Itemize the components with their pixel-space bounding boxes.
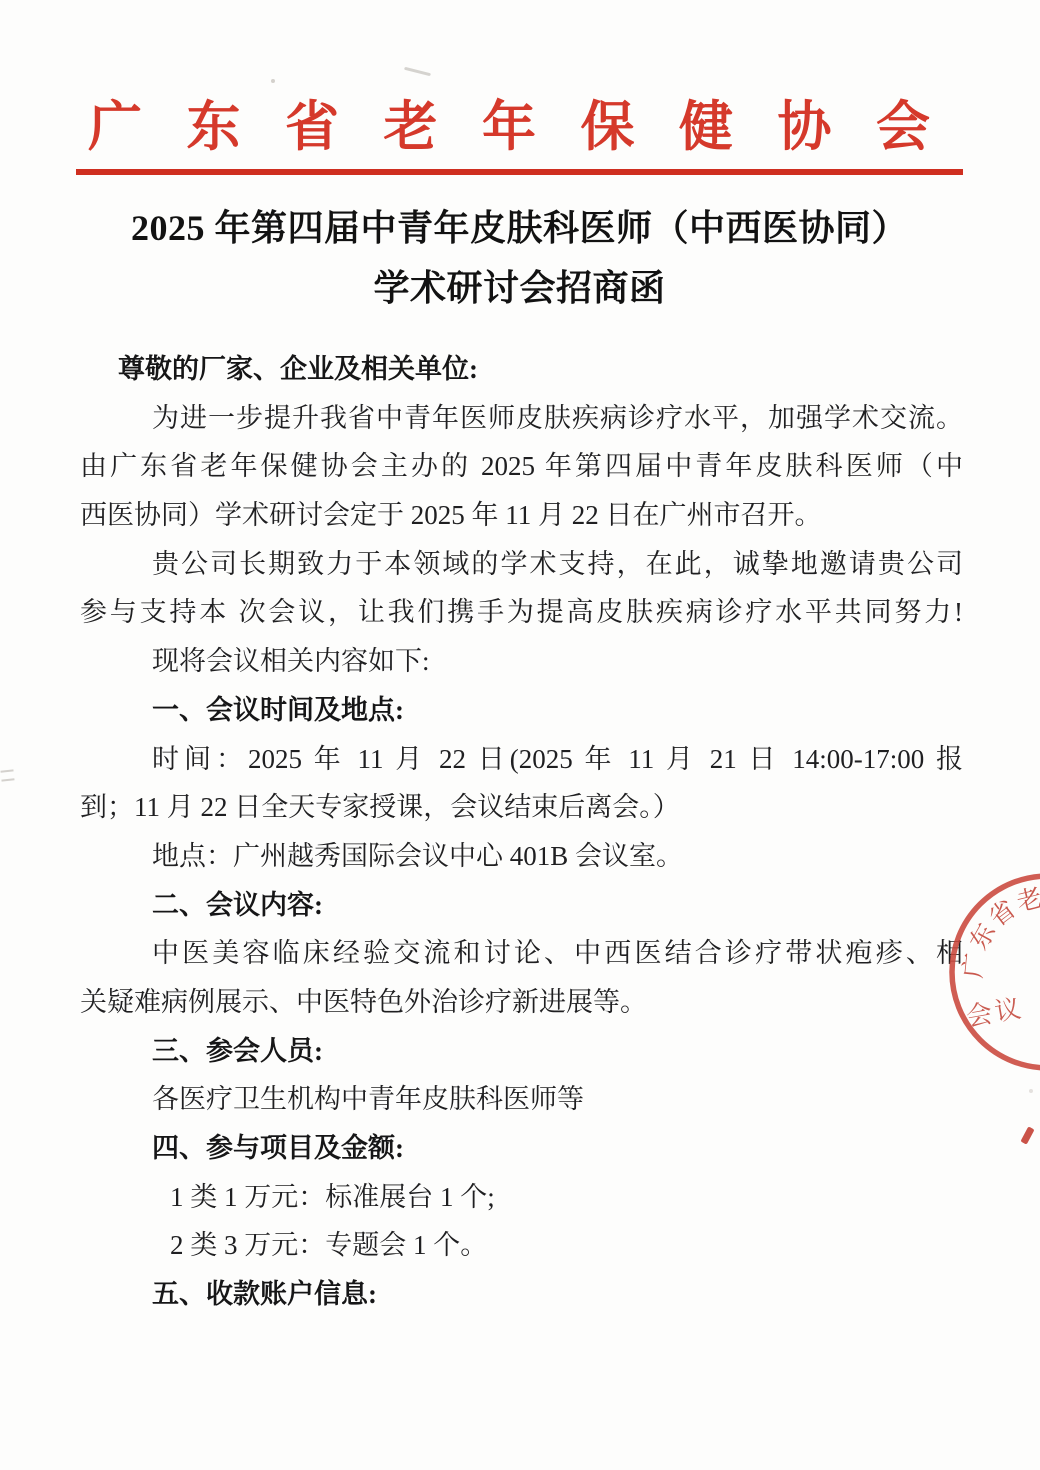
doc-heading-5: 五、收款账户信息: bbox=[80, 1270, 963, 1319]
doc-line: 到；11 月 22 日全天专家授课，会议结束后离会。） bbox=[80, 783, 963, 832]
doc-line: 地点：广州越秀国际会议中心 401B 会议室。 bbox=[80, 832, 963, 881]
scan-speck bbox=[404, 67, 431, 76]
scan-speck bbox=[271, 79, 275, 83]
doc-line: 现将会议相关内容如下: bbox=[80, 637, 963, 686]
doc-title-line-1: 2025 年第四届中青年皮肤科医师（中西医协同） bbox=[76, 198, 963, 258]
doc-body: 尊敬的厂家、企业及相关单位: 为进一步提升我省中青年医师皮肤疾病诊疗水平，加强学… bbox=[80, 345, 963, 1319]
stamp-arc-text: 广东省老 bbox=[959, 883, 1040, 979]
doc-heading-1: 一、会议时间及地点: bbox=[80, 686, 963, 735]
doc-line: 由广东省老年保健协会主办的 2025 年第四届中青年皮肤科医师（中 bbox=[80, 442, 963, 491]
scan-speck bbox=[1029, 1089, 1033, 1093]
doc-line: 西医协同）学术研讨会定于 2025 年 11 月 22 日在广州市召开。 bbox=[80, 491, 963, 540]
doc-line: 为进一步提升我省中青年医师皮肤疾病诊疗水平，加强学术交流。 bbox=[80, 394, 963, 443]
official-stamp: 广东省老 会议 bbox=[940, 864, 1040, 1080]
doc-line: 参与支持本 次会议，让我们携手为提高皮肤疾病诊疗水平共同努力! bbox=[80, 588, 963, 637]
doc-heading-4: 四、参与项目及金额: bbox=[80, 1124, 963, 1173]
doc-line: 1 类 1 万元：标准展台 1 个; bbox=[80, 1173, 963, 1222]
doc-line: 2 类 3 万元：专题会 1 个。 bbox=[80, 1221, 963, 1270]
letterhead-rule bbox=[76, 169, 963, 175]
doc-line-salutation: 尊敬的厂家、企业及相关单位: bbox=[80, 345, 963, 394]
doc-title-line-2: 学术研讨会招商函 bbox=[76, 258, 963, 318]
red-ink-mark bbox=[1020, 1126, 1034, 1144]
doc-title: 2025 年第四届中青年皮肤科医师（中西医协同） 学术研讨会招商函 bbox=[76, 198, 963, 318]
stamp-center-text: 会议 bbox=[964, 993, 1026, 1032]
doc-line: 贵公司长期致力于本领域的学术支持，在此，诚挚地邀请贵公司 bbox=[80, 540, 963, 589]
doc-line: 时间：2025 年 11 月 22 日(2025 年 11 月 21 日 14:… bbox=[80, 735, 963, 784]
association-name: 广 东 省 老 年 保 健 协 会 bbox=[88, 96, 930, 158]
doc-heading-2: 二、会议内容: bbox=[80, 881, 963, 930]
doc-line: 各医疗卫生机构中青年皮肤科医师等 bbox=[80, 1075, 963, 1124]
doc-heading-3: 三、参会人员: bbox=[80, 1027, 963, 1076]
doc-line: 中医美容临床经验交流和讨论、中西医结合诊疗带状疱疹、相 bbox=[80, 929, 963, 978]
scan-speck bbox=[0, 769, 14, 781]
doc-line: 关疑难病例展示、中医特色外治诊疗新进展等。 bbox=[80, 978, 963, 1027]
